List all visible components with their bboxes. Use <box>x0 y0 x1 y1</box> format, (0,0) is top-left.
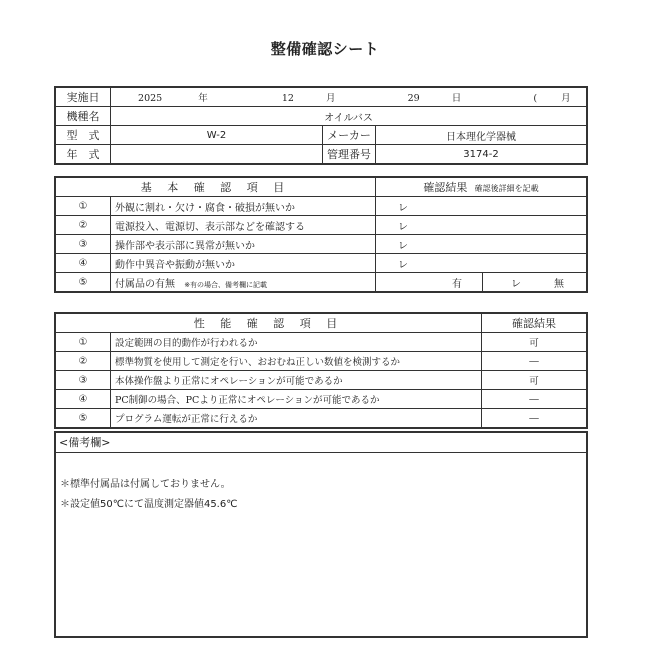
basic-item-result[interactable]: レ <box>376 216 587 235</box>
perf-item-text: 本体操作盤より正常にオペレーションが可能であるか <box>111 371 482 390</box>
basic-item-no: ① <box>56 197 111 216</box>
basic-item-text: 外観に割れ・欠け・腐食・破損が無いか <box>111 197 376 216</box>
perf-item-result[interactable]: ― <box>482 409 587 428</box>
basic-item-no: ④ <box>56 254 111 273</box>
year-value: 2025 <box>138 93 162 104</box>
mgmt-no-value[interactable]: 3174-2 <box>376 145 587 164</box>
accessory-note: ※有の場合、備考欄に記載 <box>184 281 267 289</box>
perf-item-text: プログラム運転が正常に行えるか <box>111 409 482 428</box>
basic-header: 基 本 確 認 項 目 <box>56 178 376 197</box>
perf-item-no: ① <box>56 333 111 352</box>
basic-result-title: 確認結果 <box>423 181 467 194</box>
day-unit: 日 <box>452 93 462 104</box>
perf-item-text: PC制御の場合、PCより正常にオペレーションが可能であるか <box>111 390 482 409</box>
weekday-open: ( <box>533 93 537 104</box>
perf-header-row: 性 能 確 認 項 目 確認結果 <box>56 314 587 333</box>
basic-row: ③ 操作部や表示部に異常が無いか レ <box>56 235 587 254</box>
basic-header-row: 基 本 確 認 項 目 確認結果 確認後詳細を記載 <box>56 178 587 197</box>
perf-row: ① 設定範囲の目的動作が行われるか 可 <box>56 333 587 352</box>
accessory-no-check: レ <box>511 279 521 290</box>
model-name-row: 機種名 オイルバス <box>56 107 587 126</box>
mgmt-no-label: 管理番号 <box>323 145 376 164</box>
basic-result-header: 確認結果 確認後詳細を記載 <box>376 178 587 197</box>
page-title: 整備確認シート <box>0 38 650 59</box>
perf-row: ④ PC制御の場合、PCより正常にオペレーションが可能であるか ― <box>56 390 587 409</box>
perf-row: ③ 本体操作盤より正常にオペレーションが可能であるか 可 <box>56 371 587 390</box>
type-value[interactable]: W-2 <box>111 126 323 145</box>
perf-result-header: 確認結果 <box>482 314 587 333</box>
date-row: 実施日 2025 年 12 月 29 日 ( 月 ) <box>56 88 587 107</box>
accessory-label: 付属品の有無 <box>115 279 175 290</box>
date-value[interactable]: 2025 年 12 月 29 日 ( 月 ) <box>111 88 587 107</box>
perf-header: 性 能 確 認 項 目 <box>56 314 482 333</box>
perf-row: ② 標準物質を使用して測定を行い、おおむね正しい数値を検測するか ― <box>56 352 587 371</box>
remarks-line: ＊標準付属品は付属しておりません。 <box>60 475 586 495</box>
basic-item-result[interactable]: レ <box>376 197 587 216</box>
performance-check-table: 性 能 確 認 項 目 確認結果 ① 設定範囲の目的動作が行われるか 可 ② 標… <box>55 313 587 428</box>
perf-item-text: 標準物質を使用して測定を行い、おおむね正しい数値を検測するか <box>111 352 482 371</box>
perf-item-no: ② <box>56 352 111 371</box>
basic-item-no: ② <box>56 216 111 235</box>
perf-row: ⑤ プログラム運転が正常に行えるか ― <box>56 409 587 428</box>
basic-result-note: 確認後詳細を記載 <box>475 184 539 193</box>
basic-item-result[interactable]: レ <box>376 235 587 254</box>
perf-item-result[interactable]: 可 <box>482 333 587 352</box>
day-value: 29 <box>408 93 420 104</box>
basic-row: ① 外観に割れ・欠け・腐食・破損が無いか レ <box>56 197 587 216</box>
remarks-title: <備考欄> <box>56 433 586 453</box>
month-unit: 月 <box>326 93 336 104</box>
year-model-label: 年 式 <box>56 145 111 164</box>
type-row: 型 式 W-2 メーカー 日本理化学器械 <box>56 126 587 145</box>
perf-item-no: ④ <box>56 390 111 409</box>
perf-item-result[interactable]: 可 <box>482 371 587 390</box>
perf-item-result[interactable]: ― <box>482 390 587 409</box>
year-model-row: 年 式 管理番号 3174-2 <box>56 145 587 164</box>
perf-item-result[interactable]: ― <box>482 352 587 371</box>
accessory-yes[interactable]: 有 <box>376 273 483 292</box>
basic-item-no: ⑤ <box>56 273 111 292</box>
accessory-text: 付属品の有無 ※有の場合、備考欄に記載 <box>111 273 376 292</box>
basic-check-table: 基 本 確 認 項 目 確認結果 確認後詳細を記載 ① 外観に割れ・欠け・腐食・… <box>55 177 587 292</box>
perf-item-no: ⑤ <box>56 409 111 428</box>
date-label: 実施日 <box>56 88 111 107</box>
basic-item-result[interactable]: レ <box>376 254 587 273</box>
accessory-no-label: 無 <box>554 275 564 290</box>
maker-value[interactable]: 日本理化学器械 <box>376 126 587 145</box>
info-table: 実施日 2025 年 12 月 29 日 ( 月 ) 機種名 オイルバス 型 式… <box>55 87 587 164</box>
basic-item-text: 操作部や表示部に異常が無いか <box>111 235 376 254</box>
basic-item-text: 電源投入、電源切、表示部などを確認する <box>111 216 376 235</box>
basic-row: ② 電源投入、電源切、表示部などを確認する レ <box>56 216 587 235</box>
model-name-value[interactable]: オイルバス <box>111 107 587 126</box>
weekday-value: 月 <box>561 93 571 104</box>
basic-item-no: ③ <box>56 235 111 254</box>
accessory-no[interactable]: レ 無 <box>483 273 587 292</box>
year-unit: 年 <box>198 93 208 104</box>
remarks-content[interactable]: ＊標準付属品は付属しておりません。 ＊設定値50℃にて温度測定器値45.6℃ <box>56 453 586 515</box>
remarks-box[interactable]: <備考欄> ＊標準付属品は付属しておりません。 ＊設定値50℃にて温度測定器値4… <box>55 432 587 637</box>
type-label: 型 式 <box>56 126 111 145</box>
year-model-value[interactable] <box>111 145 323 164</box>
basic-accessory-row: ⑤ 付属品の有無 ※有の場合、備考欄に記載 有 レ 無 <box>56 273 587 292</box>
model-name-label: 機種名 <box>56 107 111 126</box>
perf-item-text: 設定範囲の目的動作が行われるか <box>111 333 482 352</box>
basic-item-text: 動作中異音や振動が無いか <box>111 254 376 273</box>
maker-label: メーカー <box>323 126 376 145</box>
basic-row: ④ 動作中異音や振動が無いか レ <box>56 254 587 273</box>
perf-item-no: ③ <box>56 371 111 390</box>
remarks-line: ＊設定値50℃にて温度測定器値45.6℃ <box>60 495 586 515</box>
month-value: 12 <box>282 93 294 104</box>
